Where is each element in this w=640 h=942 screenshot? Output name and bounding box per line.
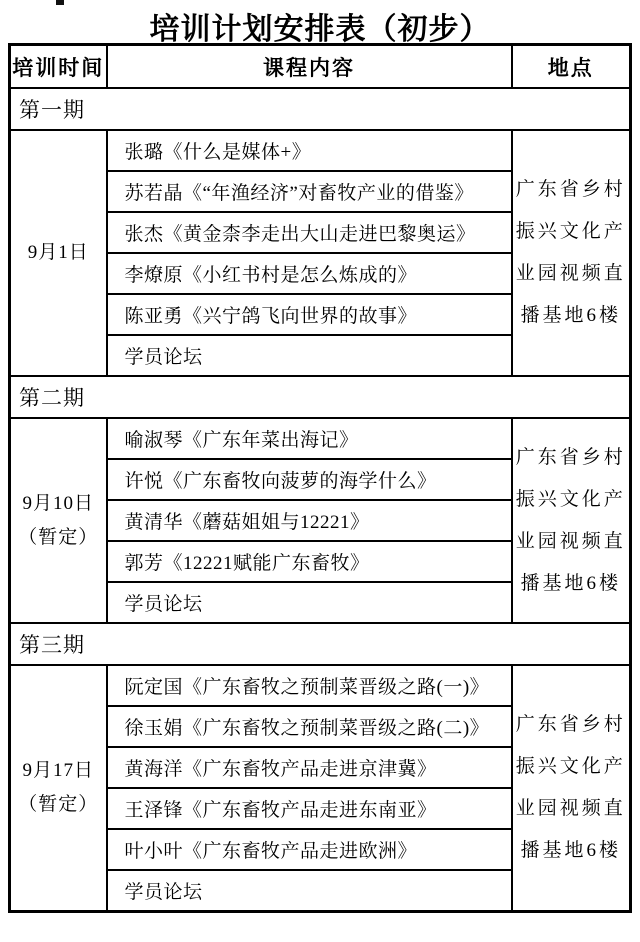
location-line: 播基地6楼 (513, 830, 630, 872)
location-line: 广东省乡村 (513, 169, 630, 211)
location-cell: 广东省乡村 振兴文化产 业园视频直 播基地6楼 (512, 418, 631, 623)
location-line: 业园视频直 (513, 253, 630, 295)
table-row: 9月10日 （暂定） 喻淑琴《广东年菜出海记》 广东省乡村 振兴文化产 业园视频… (10, 418, 631, 459)
course-cell: 学员论坛 (107, 870, 512, 912)
course-cell: 郭芳《12221赋能广东畜牧》 (107, 541, 512, 582)
page-title: 培训计划安排表（初步） (0, 4, 640, 48)
course-cell: 陈亚勇《兴宁鸽飞向世界的故事》 (107, 294, 512, 335)
course-cell: 黄清华《蘑菇姐姐与12221》 (107, 500, 512, 541)
section-label: 第一期 (10, 88, 631, 130)
course-cell: 张璐《什么是媒体+》 (107, 130, 512, 171)
location-line: 振兴文化产 (513, 211, 630, 253)
location-cell: 广东省乡村 振兴文化产 业园视频直 播基地6楼 (512, 130, 631, 376)
time-cell: 9月10日 （暂定） (10, 418, 107, 623)
course-cell: 叶小叶《广东畜牧产品走进欧洲》 (107, 829, 512, 870)
location-line: 播基地6楼 (513, 563, 630, 605)
location-line: 振兴文化产 (513, 746, 630, 788)
section-row: 第一期 (10, 88, 631, 130)
location-line: 播基地6楼 (513, 295, 630, 337)
course-cell: 黄海洋《广东畜牧产品走进京津冀》 (107, 747, 512, 788)
time-line: 9月17日 (11, 754, 106, 788)
header-cell-course: 课程内容 (107, 45, 512, 89)
section-label: 第三期 (10, 623, 631, 665)
course-cell: 学员论坛 (107, 335, 512, 376)
location-line: 业园视频直 (513, 788, 630, 830)
table-header-row: 培训时间 课程内容 地点 (10, 45, 631, 89)
time-line: 9月1日 (11, 236, 106, 270)
time-line: （暂定） (11, 521, 106, 555)
course-cell: 苏若晶《“年渔经济”对畜牧产业的借鉴》 (107, 171, 512, 212)
header-cell-location: 地点 (512, 45, 631, 89)
section-label: 第二期 (10, 376, 631, 418)
course-cell: 李燎原《小红书村是怎么炼成的》 (107, 253, 512, 294)
time-line: 9月10日 (11, 487, 106, 521)
location-line: 广东省乡村 (513, 704, 630, 746)
location-line: 振兴文化产 (513, 479, 630, 521)
course-cell: 徐玉娟《广东畜牧之预制菜晋级之路(二)》 (107, 706, 512, 747)
course-cell: 阮定国《广东畜牧之预制菜晋级之路(一)》 (107, 665, 512, 706)
header-cell-time: 培训时间 (10, 45, 107, 89)
course-cell: 学员论坛 (107, 582, 512, 623)
section-row: 第二期 (10, 376, 631, 418)
course-cell: 张杰《黄金柰李走出大山走进巴黎奥运》 (107, 212, 512, 253)
time-cell: 9月17日 （暂定） (10, 665, 107, 912)
course-cell: 王泽锋《广东畜牧产品走进东南亚》 (107, 788, 512, 829)
table-row: 9月1日 张璐《什么是媒体+》 广东省乡村 振兴文化产 业园视频直 播基地6楼 (10, 130, 631, 171)
time-cell: 9月1日 (10, 130, 107, 376)
table-row: 9月17日 （暂定） 阮定国《广东畜牧之预制菜晋级之路(一)》 广东省乡村 振兴… (10, 665, 631, 706)
page: 培训计划安排表（初步） 培训时间 课程内容 地点 第一期 9月1日 张璐《什么是… (0, 0, 640, 942)
schedule-table: 培训时间 课程内容 地点 第一期 9月1日 张璐《什么是媒体+》 广东省乡村 振… (8, 43, 632, 913)
location-line: 业园视频直 (513, 521, 630, 563)
section-row: 第三期 (10, 623, 631, 665)
time-line: （暂定） (11, 788, 106, 822)
course-cell: 喻淑琴《广东年菜出海记》 (107, 418, 512, 459)
location-line: 广东省乡村 (513, 437, 630, 479)
location-cell: 广东省乡村 振兴文化产 业园视频直 播基地6楼 (512, 665, 631, 912)
course-cell: 许悦《广东畜牧向菠萝的海学什么》 (107, 459, 512, 500)
